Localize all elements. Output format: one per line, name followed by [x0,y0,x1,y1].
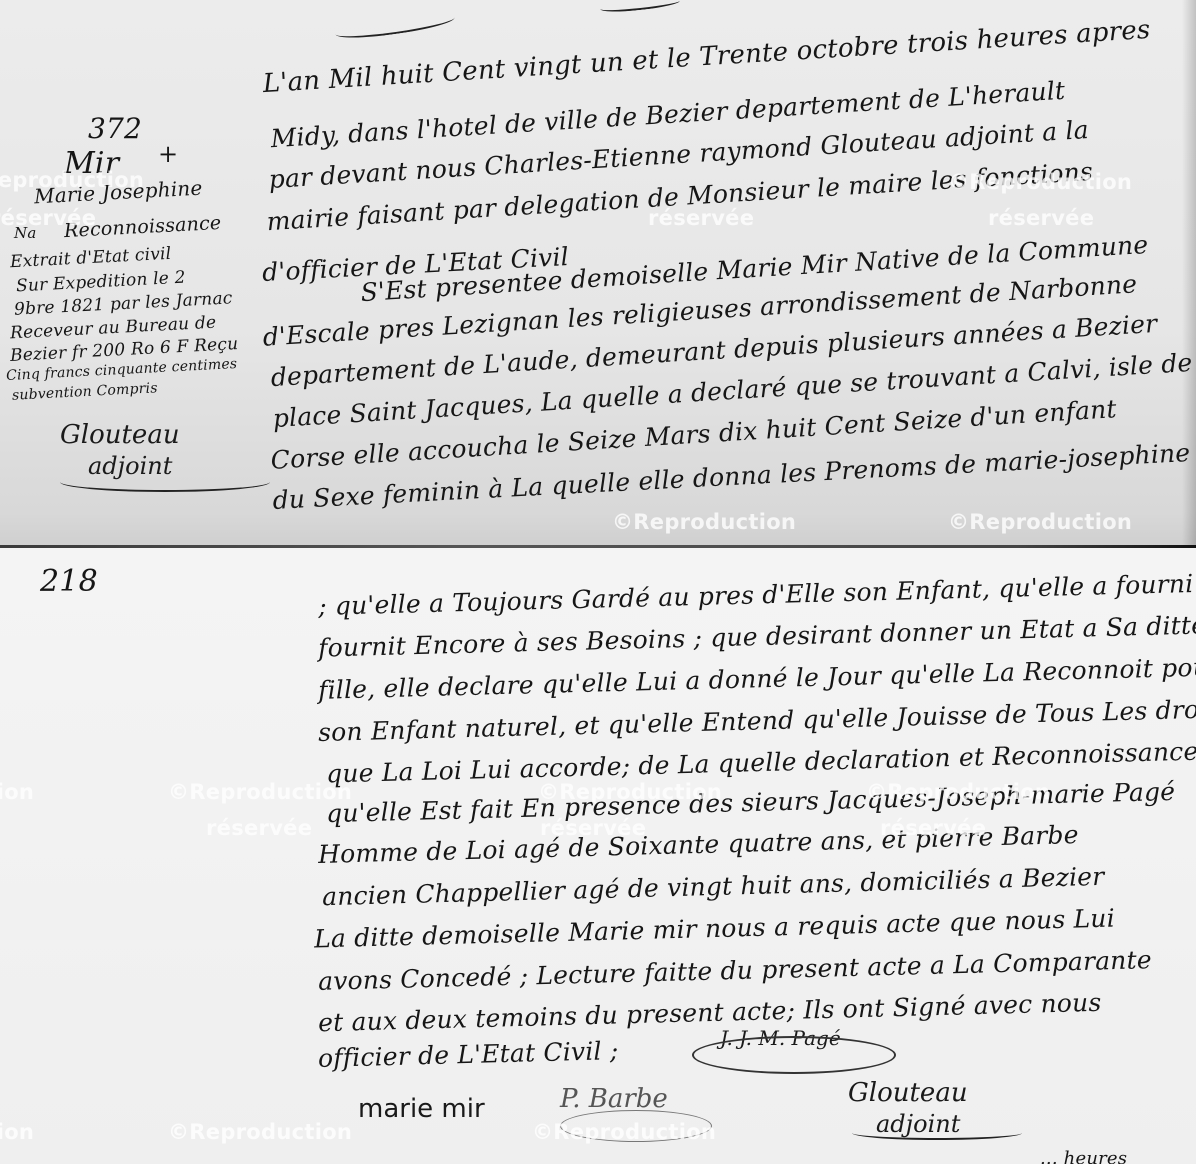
watermark: réservée [988,206,1094,230]
record-text-line: ancien Chappellier agé de vingt huit ans… [322,862,1105,911]
watermark: réservée [648,206,754,230]
watermark: ©Reproduction [612,510,796,534]
top-register-page: 372 + Mir Marie Josephine Na Reconnoissa… [0,0,1196,546]
record-number: 372 [88,112,142,145]
margin-note-line: subvention Compris [12,380,158,404]
bottom-register-page: 218 ; qu'elle a Toujours Gardé au pres d… [0,548,1196,1164]
watermark: ©Reproduction [866,780,1050,804]
signature-flourish [852,1126,1022,1140]
signature-flourish [60,472,270,492]
record-text-line: officier de L'Etat Civil ; [318,1036,619,1073]
record-text-line: La ditte demoiselle Marie mir nous a req… [314,904,1115,954]
cut-off-next-record: ... heures [1040,1148,1127,1164]
watermark: réservée [0,206,96,230]
record-text-line: fille, elle declare qu'elle Lui a donné … [318,652,1196,705]
record-text-line: son Enfant naturel, et qu'elle Entend qu… [318,694,1196,747]
watermark: ©Reproduction [538,780,722,804]
watermark: ©Reproduction [168,780,352,804]
watermark: ©Reproduction [168,1120,352,1144]
record-text-line: avons Concedé ; Lecture faitte du presen… [318,945,1152,996]
watermark: ©Reproduction [0,168,144,192]
record-text-line: ; qu'elle a Toujours Gardé au pres d'Ell… [318,568,1196,621]
previous-record-flourish [334,10,455,43]
watermark: ©Reproduction [948,170,1132,194]
watermark: réservée [206,816,312,840]
watermark: réservée [880,816,986,840]
page-number: 218 [40,564,98,599]
margin-note-line: Extrait d'Etat civil [10,244,172,272]
record-text-line: fournit Encore à ses Besoins ; que desir… [318,610,1196,662]
previous-record-flourish [600,0,681,14]
signature-flourish [692,1036,896,1074]
record-text-line: et aux deux temoins du present acte; Ils… [318,988,1102,1038]
signature-officer-name: Glouteau [848,1078,968,1108]
margin-cross: + [158,140,178,168]
watermark: ©Reproduction [0,1120,34,1144]
watermark: ©Reproduction [0,780,34,804]
watermark: ©Reproduction [948,510,1132,534]
watermark: ©Reproduction [532,1120,716,1144]
watermark: réservée [540,816,646,840]
margin-signature-name: Glouteau [60,420,180,450]
signature-declarant: marie mir [358,1094,485,1124]
